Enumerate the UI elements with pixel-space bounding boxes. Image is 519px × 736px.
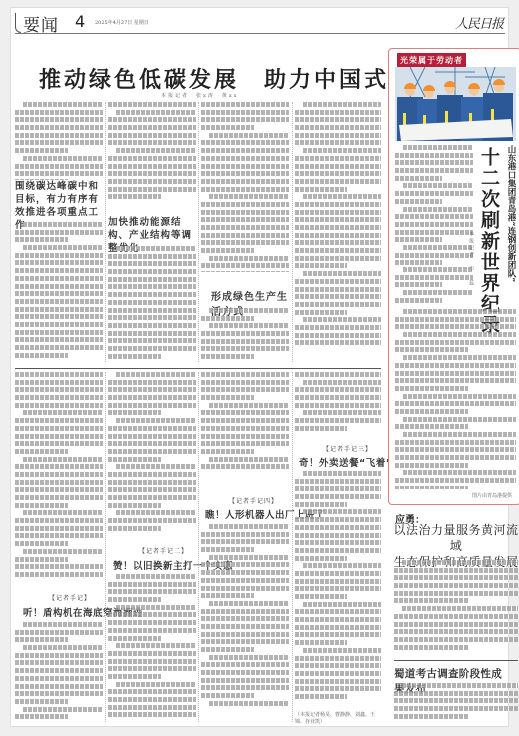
lower-column-3 [201,372,289,472]
lower-column-2b [108,574,196,722]
lead-column-2 [108,102,196,207]
masthead-bracket [15,13,21,33]
feature-column [395,145,473,265]
sidebar-label-3: 【记者手记三】 [323,444,372,453]
feature-kicker: 山东港口集团青岛港“连钢创新团队” [506,145,516,282]
lower-column-1 [15,372,103,582]
lower-column-4 [295,372,381,434]
opinion-body [394,560,518,656]
lead-column-3b [201,308,289,362]
feature-photo-credit: 图片由青岛港提供 [472,492,512,499]
lead-column-2b [108,246,196,362]
section-divider [15,368,381,369]
lead-column-3 [201,102,289,272]
sidebar-label-4: 【记者手记四】 [229,496,278,505]
column-divider [105,372,106,722]
column-divider [198,372,199,722]
page-number: 4 [75,12,85,31]
lower-column-4b [295,471,381,711]
lead-byline: 本报记者 张x涛 黄xx [161,92,238,99]
story-divider [394,660,518,661]
column-divider [105,102,106,362]
lead-column-1b [15,222,103,362]
feature-column-2 [395,267,473,307]
paper-logo: 人民日报 [455,13,503,32]
column-divider [292,102,293,362]
story3-body [394,683,518,725]
feature-body [395,309,516,489]
sidebar-label-1: 【记者手记】 [49,593,91,602]
feature-tag: 光荣属于劳动者 [397,53,466,68]
closing-credit: （本报记者杨昊、曹静静、刘鑫、王锦、谷业凯） [295,711,381,725]
lead-column-1 [15,102,103,180]
lower-column-1b [15,622,103,722]
publication-date: 2025年4月27日 星期日 [95,19,149,26]
lower-column-2 [108,372,196,542]
feature-box[interactable]: 光荣属于劳动者 [388,48,519,505]
feature-headline: 十二次刷新世界纪录 [478,147,500,336]
column-divider [198,102,199,362]
masthead: 要闻 4 2025年4月27日 星期日 人民日报 [15,10,505,34]
column-divider [292,372,293,722]
dock-workers-photo-icon [395,67,516,141]
feature-photo[interactable] [395,67,516,141]
newspaper-page: 要闻 4 2025年4月27日 星期日 人民日报 推动绿色低碳发展 助力中国式现… [10,7,509,727]
lower-column-3b [201,524,289,722]
section-name: 要闻 [23,11,59,36]
sidebar-label-2: 【记者手记二】 [139,546,188,555]
lead-column-4 [295,102,381,362]
opinion-headline-line1: 以法治力量服务黄河流域 [393,522,519,554]
